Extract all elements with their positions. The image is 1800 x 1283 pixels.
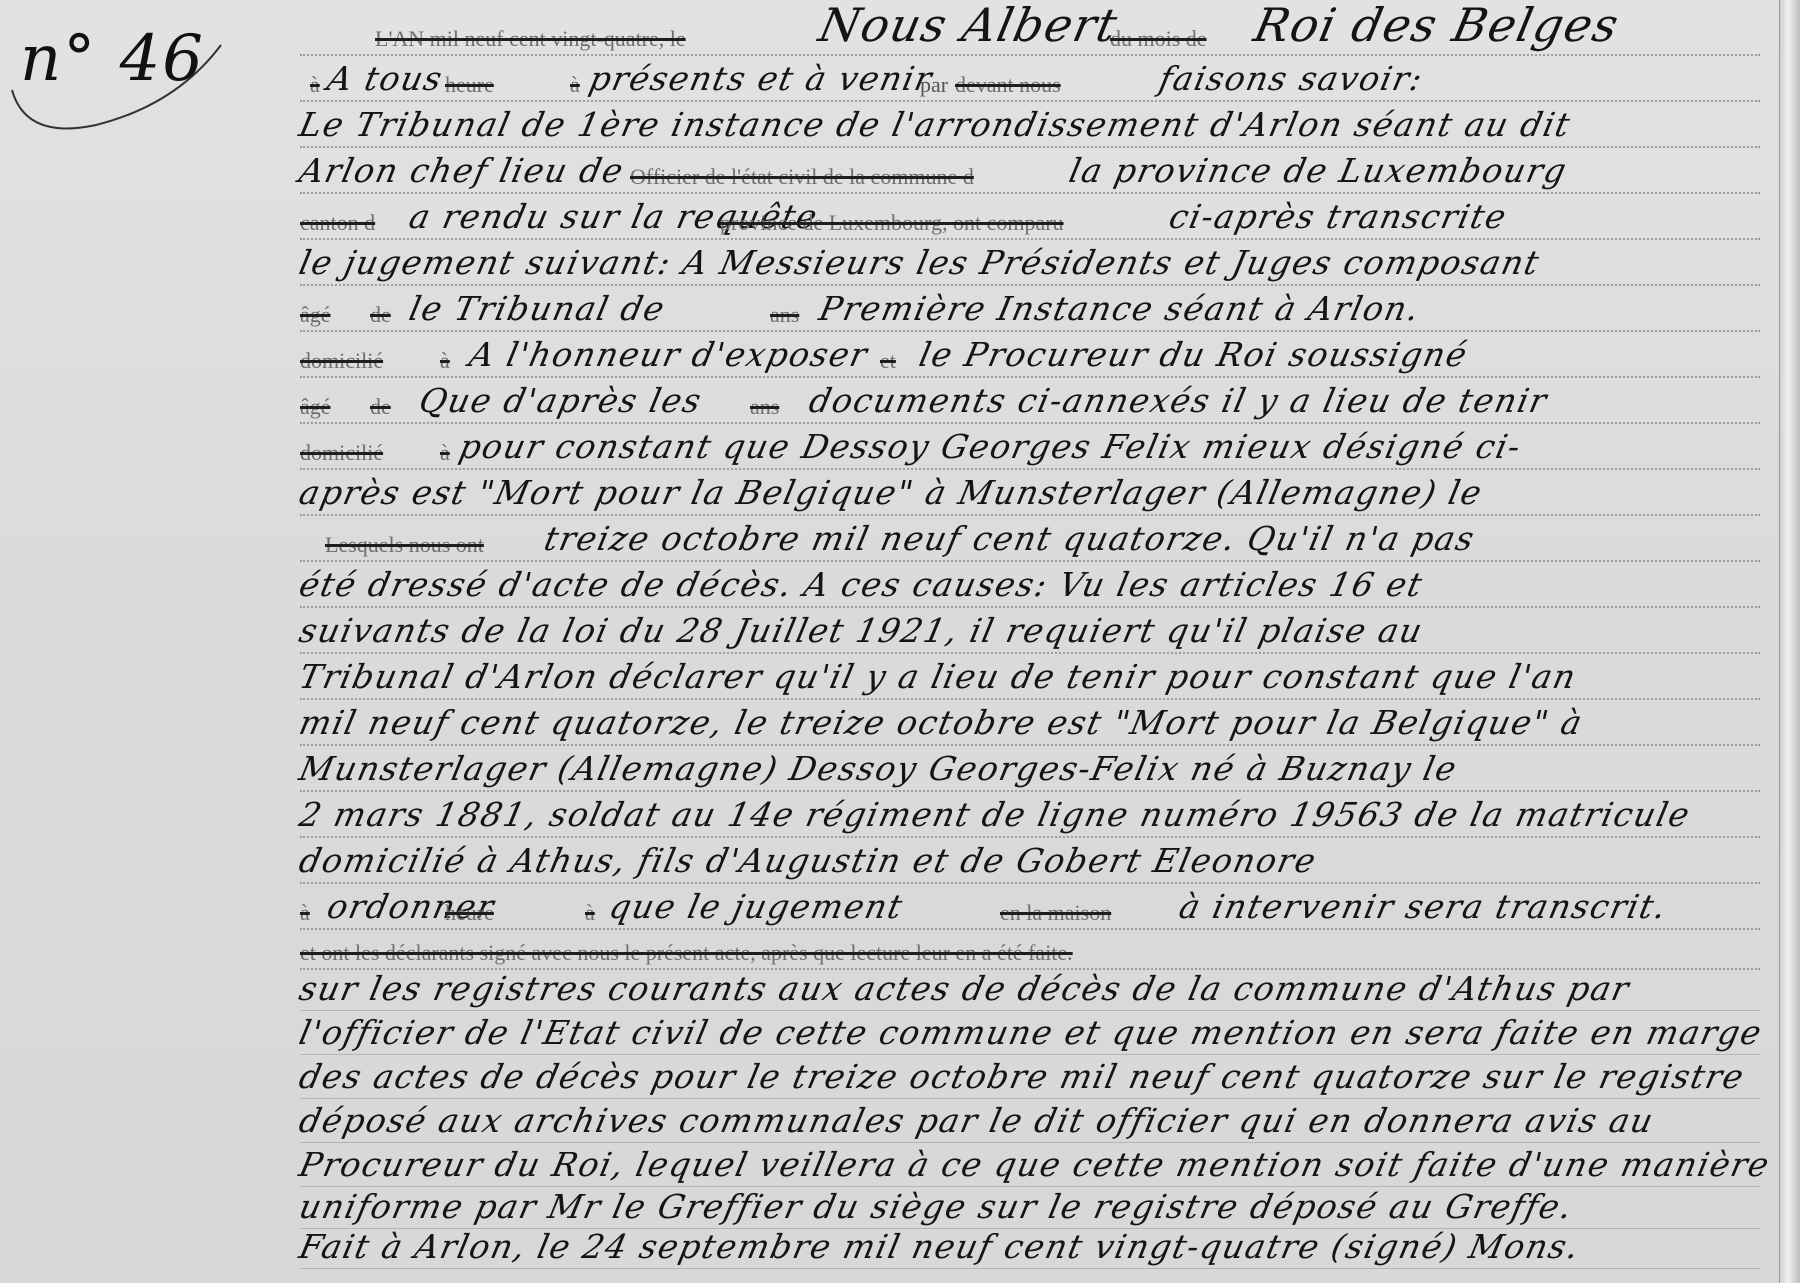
- handwritten-text: domicilié à Athus, fils d'Augustin et de…: [296, 841, 1321, 880]
- printed-form-text: Lesquels nous ont: [325, 532, 484, 558]
- text-line: et ont les déclarants signé avec nous le…: [300, 922, 1760, 970]
- text-line: déposé aux archives communales par le di…: [300, 1096, 1760, 1143]
- printed-form-text: à: [310, 72, 320, 98]
- page-binding-edge: [1779, 0, 1800, 1283]
- text-line: Munsterlager (Allemagne) Dessoy Georges-…: [300, 744, 1760, 792]
- printed-form-text: province de Luxembourg, ont comparu: [720, 210, 1064, 236]
- handwritten-text: Arlon chef lieu de: [296, 151, 628, 190]
- printed-form-text: ans: [770, 302, 799, 328]
- handwritten-text: après est "Mort pour la Belgique" à Muns…: [296, 473, 1486, 512]
- handwritten-text: Nous Albert: [814, 0, 1123, 52]
- record-number: n° 46: [20, 22, 205, 96]
- text-line: Tribunal d'Arlon déclarer qu'il y a lieu…: [300, 652, 1760, 700]
- text-line: Lesquels nous onttreize octobre mil neuf…: [300, 514, 1760, 562]
- text-line: le jugement suivant: A Messieurs les Pré…: [300, 238, 1760, 286]
- handwritten-text: le jugement suivant: A Messieurs les Pré…: [296, 243, 1544, 282]
- printed-form-text: Officier de l'état civil de la commune d: [630, 164, 974, 190]
- printed-form-text: heure: [445, 72, 494, 98]
- printed-form-text: domicilié: [300, 440, 383, 466]
- handwritten-text: Tribunal d'Arlon déclarer qu'il y a lieu…: [296, 657, 1581, 696]
- handwritten-text: Procureur du Roi, lequel veillera à ce q…: [296, 1145, 1774, 1184]
- printed-form-text: et: [880, 348, 896, 374]
- text-line: domiciliéàpour constant que Dessoy Georg…: [300, 422, 1760, 470]
- text-line: mil neuf cent quatorze, le treize octobr…: [300, 698, 1760, 746]
- text-line: âgédele Tribunal deansPremière Instance …: [300, 284, 1760, 332]
- printed-form-text: âgé: [300, 394, 331, 420]
- printed-form-text: de: [370, 394, 391, 420]
- printed-form-text: à: [440, 440, 450, 466]
- handwritten-text: Le Tribunal de 1ère instance de l'arrond…: [296, 105, 1575, 144]
- printed-form-text: canton d: [300, 210, 375, 236]
- text-line: des actes de décès pour le treize octobr…: [300, 1052, 1760, 1099]
- printed-form-text: ans: [750, 394, 779, 420]
- printed-form-text: par: [920, 72, 948, 98]
- handwritten-text: ci-après transcrite: [1166, 197, 1511, 236]
- document-page: n° 46 L'AN mil neuf cent vingt-quatre, l…: [0, 0, 1780, 1283]
- handwritten-text: été dressé d'acte de décès. A ces causes…: [296, 565, 1427, 604]
- handwritten-text: mil neuf cent quatorze, le treize octobr…: [296, 703, 1587, 742]
- text-line: suivants de la loi du 28 Juillet 1921, i…: [300, 606, 1760, 654]
- handwritten-text: à intervenir sera transcrit.: [1176, 887, 1671, 926]
- handwritten-text: que le jugement: [606, 887, 907, 926]
- text-line: âgédeQue d'après lesansdocuments ci-anne…: [300, 376, 1760, 424]
- printed-form-text: et ont les déclarants signé avec nous le…: [300, 940, 1073, 966]
- text-line: Procureur du Roi, lequel veillera à ce q…: [300, 1140, 1760, 1187]
- handwritten-text: le Tribunal de: [406, 289, 669, 328]
- handwritten-text: A tous: [324, 59, 447, 98]
- text-line: après est "Mort pour la Belgique" à Muns…: [300, 468, 1760, 516]
- handwritten-text: la province de Luxembourg: [1066, 151, 1571, 190]
- handwritten-text: Munsterlager (Allemagne) Dessoy Georges-…: [296, 749, 1461, 788]
- handwritten-text: présents et à venir: [586, 59, 937, 98]
- handwritten-text: uniforme par Mr le Greffier du siège sur…: [296, 1187, 1577, 1226]
- handwritten-text: A l'honneur d'exposer: [466, 335, 872, 374]
- printed-form-text: L'AN mil neuf cent vingt-quatre, le: [375, 26, 686, 52]
- handwritten-text: le Procureur du Roi soussigné: [916, 335, 1472, 374]
- text-line: Arlon chef lieu deOfficier de l'état civ…: [300, 146, 1760, 194]
- text-line: Fait à Arlon, le 24 septembre mil neuf c…: [300, 1222, 1760, 1269]
- printed-form-text: du mois de: [1110, 26, 1207, 52]
- printed-form-text: à: [440, 348, 450, 374]
- handwritten-text: pour constant que Dessoy Georges Felix m…: [456, 427, 1525, 466]
- handwritten-text: treize octobre mil neuf cent quatorze. Q…: [541, 519, 1479, 558]
- handwritten-text: déposé aux archives communales par le di…: [296, 1101, 1658, 1140]
- handwritten-text: 2 mars 1881, soldat au 14e régiment de l…: [296, 795, 1694, 834]
- handwritten-text: l'officier de l'Etat civil de cette comm…: [296, 1013, 1766, 1052]
- handwritten-text: sur les registres courants aux actes de …: [296, 969, 1634, 1008]
- handwritten-text: suivants de la loi du 28 Juillet 1921, i…: [296, 611, 1427, 650]
- printed-form-text: âgé: [300, 302, 331, 328]
- printed-form-text: devant nous: [955, 72, 1061, 98]
- text-line: domicilié à Athus, fils d'Augustin et de…: [300, 836, 1760, 884]
- handwritten-text: Roi des Belges: [1249, 0, 1624, 52]
- handwritten-text: des actes de décès pour le treize octobr…: [296, 1057, 1749, 1096]
- text-line: àA tousheureàprésents et à venirpardevan…: [300, 54, 1760, 102]
- text-line: été dressé d'acte de décès. A ces causes…: [300, 560, 1760, 608]
- text-line: Le Tribunal de 1ère instance de l'arrond…: [300, 100, 1760, 148]
- printed-form-text: de: [370, 302, 391, 328]
- printed-form-text: domicilié: [300, 348, 383, 374]
- handwritten-text: Première Instance séant à Arlon.: [816, 289, 1424, 328]
- text-line: canton da rendu sur la requêteprovince d…: [300, 192, 1760, 240]
- text-line: l'officier de l'Etat civil de cette comm…: [300, 1008, 1760, 1055]
- text-line: sur les registres courants aux actes de …: [300, 964, 1760, 1011]
- printed-form-text: à: [570, 72, 580, 98]
- handwritten-text: documents ci-annexés il y a lieu de teni…: [806, 381, 1552, 420]
- text-line: 2 mars 1881, soldat au 14e régiment de l…: [300, 790, 1760, 838]
- text-line: L'AN mil neuf cent vingt-quatre, leNous …: [300, 8, 1760, 56]
- text-line: domiciliéàA l'honneur d'exposeretle Proc…: [300, 330, 1760, 378]
- handwritten-text: Que d'après les: [416, 381, 706, 420]
- handwritten-text: Fait à Arlon, le 24 septembre mil neuf c…: [296, 1227, 1584, 1266]
- handwritten-text: faisons savoir:: [1156, 59, 1427, 98]
